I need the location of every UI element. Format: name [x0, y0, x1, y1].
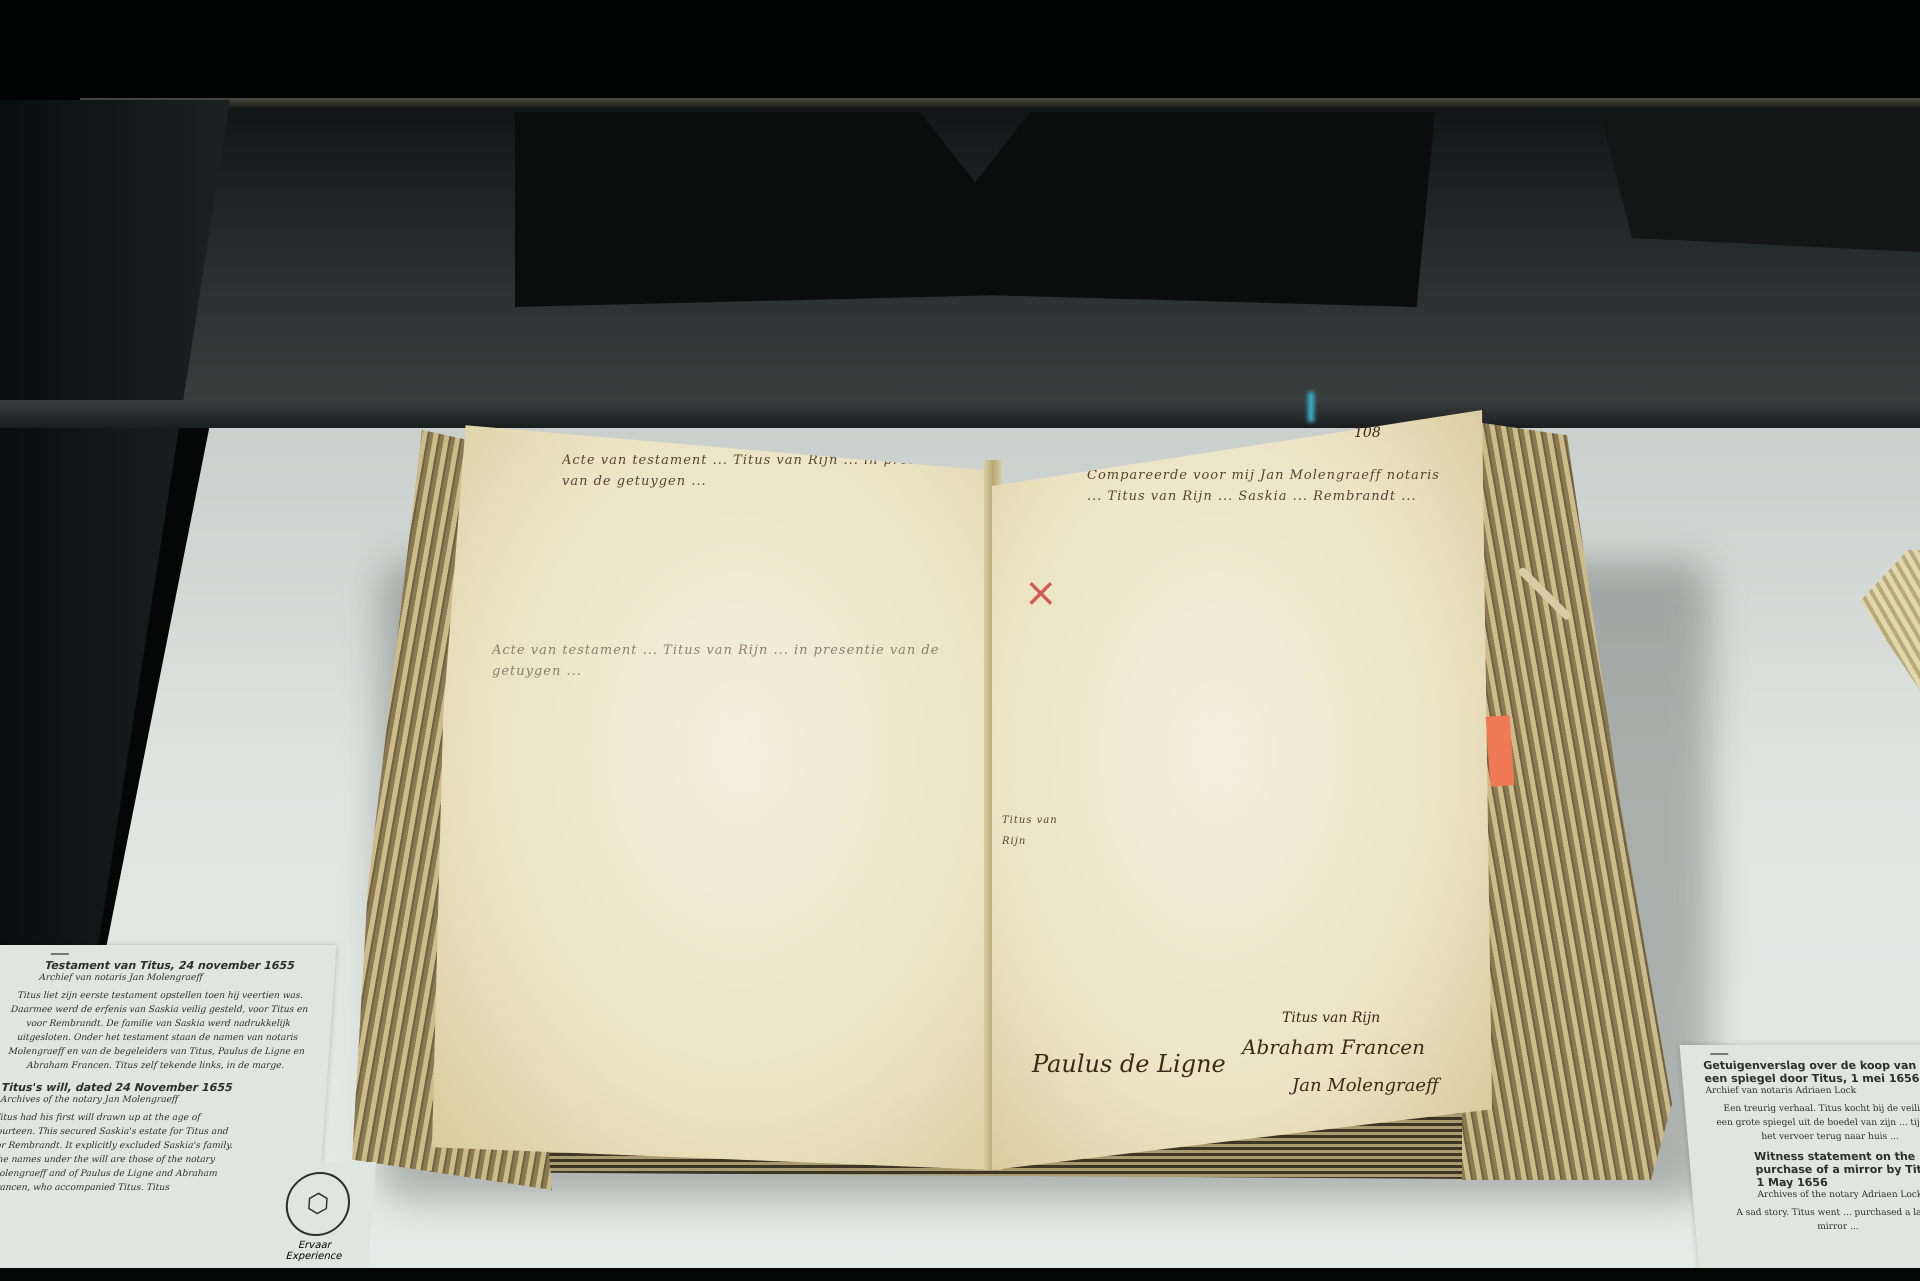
dark-wall: [0, 0, 1920, 100]
case-top-rail: [80, 98, 1920, 108]
experience-badge: ⬡ Ervaar Experience: [258, 1162, 376, 1272]
red-margin-mark: ×: [1024, 570, 1058, 616]
bottom-shadow: [0, 1268, 1920, 1281]
label-nl-title: Testament van Titus, 24 november 1655: [45, 959, 336, 972]
orange-tab-marker: [1486, 715, 1515, 787]
right-page-handwriting: Compareerde voor mij Jan Molengraeff not…: [1087, 465, 1457, 1025]
label-nl-body: Een treurig verhaal. Titus kocht bij de …: [1714, 1102, 1920, 1144]
label-en-body: Titus had his first will drawn up at the…: [0, 1111, 245, 1195]
page-number: 108: [1354, 425, 1381, 441]
left-page-handwriting-top: Acte van testament ... Titus van Rijn ..…: [562, 450, 962, 600]
label-rule: [1710, 1053, 1728, 1055]
left-page-handwriting-body: Acte van testament ... Titus van Rijn ..…: [492, 640, 952, 1060]
label-rule: [51, 953, 69, 955]
open-register-book: Acte van testament ... Titus van Rijn ..…: [352, 410, 1672, 1190]
label-nl-title: Getuigenverslag over de koop van een spi…: [1703, 1059, 1920, 1085]
label-en-title: Titus's will, dated 24 November 1655: [1, 1081, 327, 1094]
experience-label-nl: Ervaar: [260, 1240, 371, 1251]
museum-display-photo: Acte van testament ... Titus van Rijn ..…: [0, 0, 1920, 1281]
left-page: Acte van testament ... Titus van Rijn ..…: [432, 410, 992, 1170]
signature-paulus-de-ligne: Paulus de Ligne: [1032, 1050, 1226, 1078]
signature-notary: Jan Molengraeff: [1292, 1075, 1439, 1096]
label-mirror-witness: Getuigenverslag over de koop van een spi…: [1680, 1045, 1920, 1281]
label-en-archive: Archives of the notary Adriaen Lock: [1757, 1190, 1920, 1200]
margin-notes: Titus van Rijn: [1002, 810, 1082, 930]
cube-icon: ⬡: [284, 1172, 352, 1236]
label-en-body: A sad story. Titus went ... purchased a …: [1724, 1206, 1920, 1234]
label-nl-body: Titus liet zijn eerste testament opstell…: [3, 989, 314, 1073]
signature-abraham-francen: Abraham Francen: [1242, 1035, 1425, 1059]
right-page-edges: [1462, 420, 1672, 1180]
label-nl-archive: Archief van notaris Jan Molengraeff: [39, 973, 335, 983]
label-en-title: Witness statement on the purchase of a m…: [1754, 1150, 1920, 1189]
label-nl-archive: Archief van notaris Adriaen Lock: [1705, 1086, 1920, 1096]
signature-titus-van-rijn: Titus van Rijn: [1282, 1010, 1380, 1026]
experience-label-en: Experience: [259, 1251, 370, 1262]
label-en-archive: Archives of the notary Jan Molengraeff: [0, 1095, 326, 1105]
second-book-reflection: [1600, 112, 1920, 252]
